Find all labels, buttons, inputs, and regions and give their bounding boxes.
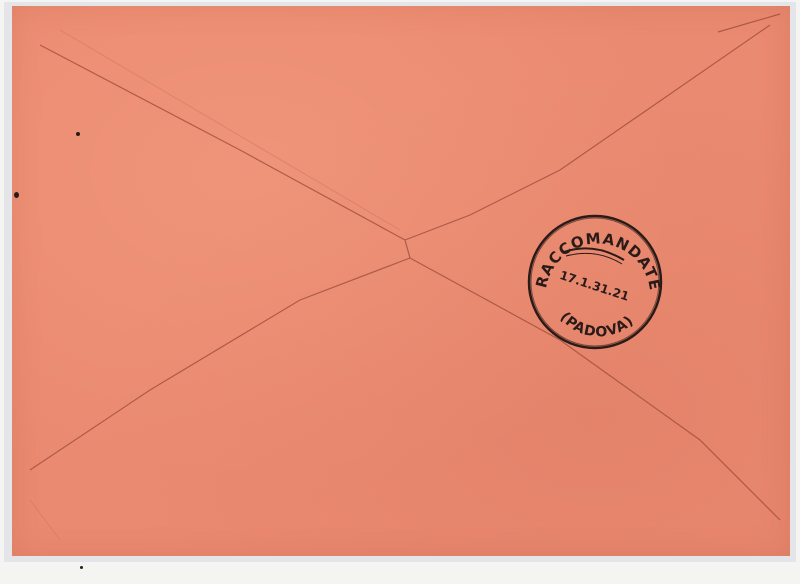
envelope-back xyxy=(12,6,790,556)
postmark-stamp: RACCOMANDATE (PADOVA) 17.1.31.21 xyxy=(524,212,666,352)
ink-spot xyxy=(76,132,80,136)
postmark-bottom-text: (PADOVA) xyxy=(557,309,638,340)
svg-text:(PADOVA): (PADOVA) xyxy=(557,309,638,340)
ink-spot xyxy=(14,192,19,198)
postmark-date: 17.1.31.21 xyxy=(558,268,631,304)
ink-spot xyxy=(80,566,83,569)
